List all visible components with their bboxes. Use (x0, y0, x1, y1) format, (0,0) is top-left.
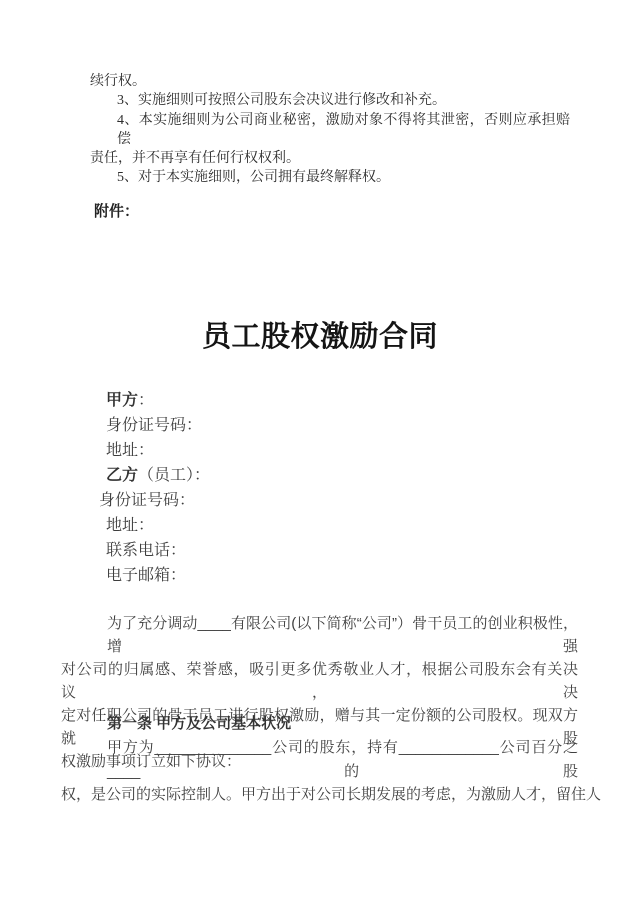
contract-title: 员工股权激励合同 (0, 315, 640, 359)
section-1-line-1: 甲方为______________公司的股东，持有____________公司百… (61, 736, 578, 783)
party-b-phone-label: 联系电话： (106, 542, 186, 559)
party-a-address-label: 地址： (106, 442, 154, 459)
party-a-address-line: 地址： (106, 438, 210, 463)
party-b-id-label: 身份证号码： (99, 492, 195, 509)
party-a-id-label: 身份证号码： (106, 417, 202, 434)
party-b-label-line: 乙方（员工）： (106, 463, 210, 488)
section-1-paragraph: 甲方为______________公司的股东，持有____________公司百… (61, 736, 578, 807)
intro-line-2: 对公司的归属感、荣誉感，吸引更多优秀敬业人才，根据公司股东会有关决议，决 (61, 658, 578, 704)
party-b-label: 乙方 (106, 467, 138, 484)
party-b-address-line: 地址： (106, 513, 210, 538)
clause-item-4: 4、本实施细则为公司商业秘密，激励对象不得将其泄密，否则应承担赔偿 (90, 111, 570, 150)
clause-item-3: 3、实施细则可按照公司股东会决议进行修改和补充。 (90, 91, 570, 110)
contract-document-page: 续行权。 3、实施细则可按照公司股东会决议进行修改和补充。 4、本实施细则为公司… (0, 0, 640, 905)
clause-item-4-continuation: 责任，并不再享有任何行权权利。 (90, 149, 570, 168)
intro-line-1: 为了充分调动____有限公司(以下简称“公司”）骨干员工的创业积极性，增强 (61, 612, 578, 658)
preceding-clauses-block: 续行权。 3、实施细则可按照公司股东会决议进行修改和补充。 4、本实施细则为公司… (90, 72, 570, 188)
party-a-label: 甲方 (106, 392, 138, 409)
party-b-email-line: 电子邮箱： (106, 563, 210, 588)
attachment-label: 附件： (94, 200, 139, 221)
section-1-heading: 第一条 甲方及公司基本状况 (107, 712, 291, 733)
party-info-block: 甲方： 身份证号码： 地址： 乙方（员工）： 身份证号码： 地址： 联系电话： … (106, 388, 210, 588)
party-a-id-line: 身份证号码： (106, 413, 210, 438)
party-b-phone-line: 联系电话： (106, 538, 210, 563)
clause-continuation-line: 续行权。 (90, 72, 570, 91)
section-1-line-2: 权，是公司的实际控制人。甲方出于对公司长期发展的考虑，为激励人才，留住人 (61, 783, 578, 807)
clause-item-5: 5、对于本实施细则，公司拥有最终解释权。 (90, 168, 570, 187)
party-b-address-label: 地址： (106, 517, 154, 534)
party-b-label-suffix: （员工）： (138, 467, 210, 484)
party-a-label-line: 甲方： (106, 388, 210, 413)
party-b-email-label: 电子邮箱： (106, 567, 186, 584)
party-a-label-colon: ： (138, 392, 154, 409)
party-b-id-line: 身份证号码： (99, 488, 210, 513)
